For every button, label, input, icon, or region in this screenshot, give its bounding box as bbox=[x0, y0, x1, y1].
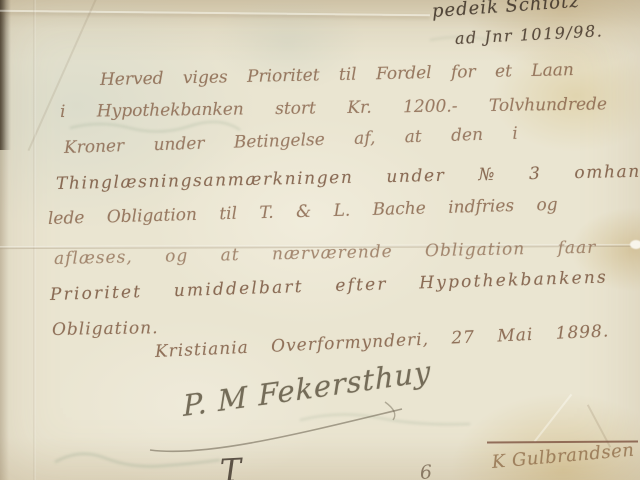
dateline: Kristiania Overformynderi, 27 Mai 1898. bbox=[155, 323, 610, 361]
top-name-annotation: pedeik Schiötz bbox=[431, 0, 580, 21]
top-edge-crease bbox=[0, 10, 430, 17]
body-line-2: i Hypothekbanken stort Kr. 1200.- Tolvhu… bbox=[60, 96, 607, 121]
journal-number-annotation: ad Jnr 1019/98. bbox=[455, 23, 604, 47]
torn-left-edge bbox=[0, 0, 11, 150]
body-line-4: Thinglæsningsanmærkningen under № 3 omha… bbox=[56, 163, 640, 193]
crinkle-bottom-right-1 bbox=[534, 394, 573, 443]
left-edge-shading bbox=[0, 0, 9, 480]
vertical-fold-left bbox=[33, 0, 36, 480]
countersignature: K Gulbrandsen bbox=[491, 442, 635, 472]
body-line-5: lede Obligation til T. & L. Bache indfri… bbox=[48, 197, 558, 228]
body-line-8: Obligation. bbox=[52, 320, 159, 339]
body-line-3: Kroner under Betingelse af, at den i bbox=[64, 126, 518, 157]
body-line-6: aflæses, og at nærværende Obligation faa… bbox=[54, 240, 597, 268]
signature: P. M Fekersthuy bbox=[182, 357, 431, 421]
fold-tear-nick bbox=[630, 240, 640, 249]
partial-stroke-right: 6 bbox=[419, 463, 432, 480]
body-line-7: Prioritet umiddelbart efter Hypothekbank… bbox=[50, 269, 608, 304]
scanned-letter: pedeik Schiötz ad Jnr 1019/98. Herved vi… bbox=[0, 0, 640, 480]
diagonal-crease-top-left bbox=[28, 0, 99, 151]
partial-stroke-left: T bbox=[219, 454, 242, 480]
body-line-1: Herved viges Prioritet til Fordel for et… bbox=[100, 62, 574, 89]
